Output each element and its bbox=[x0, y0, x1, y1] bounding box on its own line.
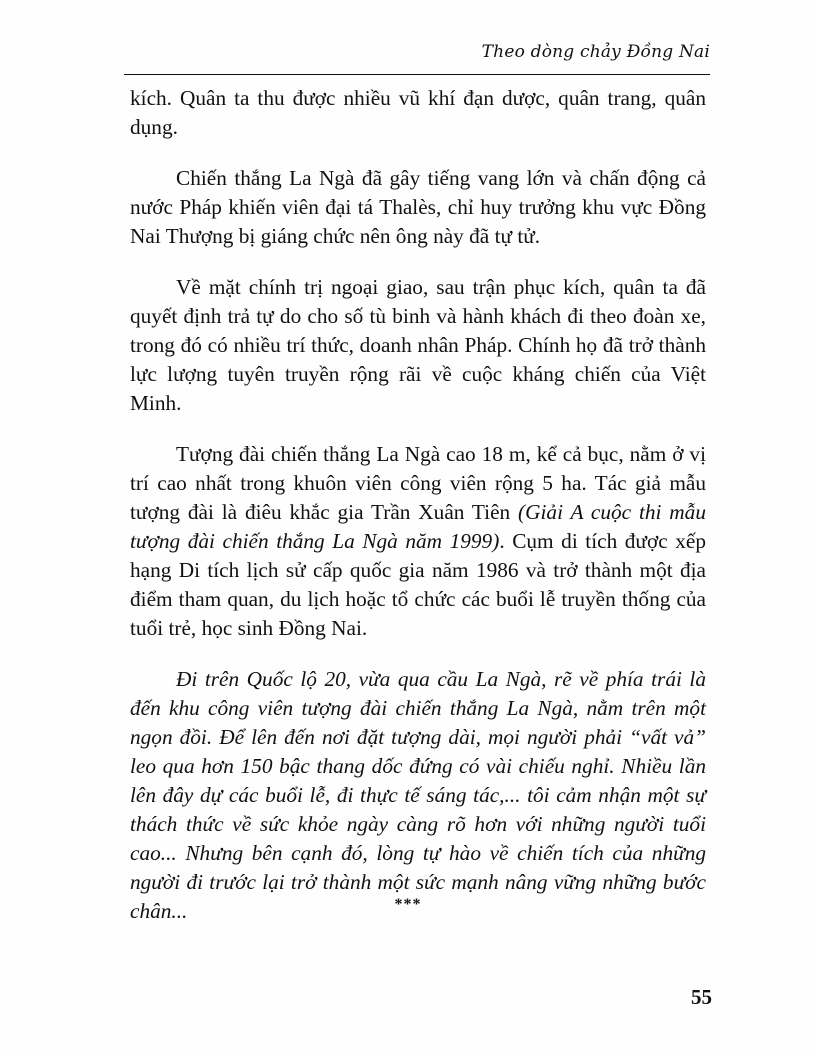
body-text: kích. Quân ta thu được nhiều vũ khí đạn … bbox=[130, 84, 706, 948]
running-header-title: Theo dòng chảy Đồng Nai bbox=[470, 42, 710, 62]
paragraph-personal-reflection: Đi trên Quốc lộ 20, vừa qua cầu La Ngà, … bbox=[130, 665, 706, 926]
paragraph-la-nga-victory: Chiến thắng La Ngà đã gây tiếng vang lớn… bbox=[130, 164, 706, 251]
paragraph-continued: kích. Quân ta thu được nhiều vũ khí đạn … bbox=[130, 84, 706, 142]
page-number: 55 bbox=[672, 985, 712, 1010]
book-page: Theo dòng chảy Đồng Nai kích. Quân ta th… bbox=[0, 0, 816, 1056]
paragraph-diplomacy: Về mặt chính trị ngoại giao, sau trận ph… bbox=[130, 273, 706, 418]
section-separator: *** bbox=[0, 896, 816, 914]
header-rule bbox=[124, 74, 710, 75]
paragraph-monument: Tượng đài chiến thắng La Ngà cao 18 m, k… bbox=[130, 440, 706, 643]
